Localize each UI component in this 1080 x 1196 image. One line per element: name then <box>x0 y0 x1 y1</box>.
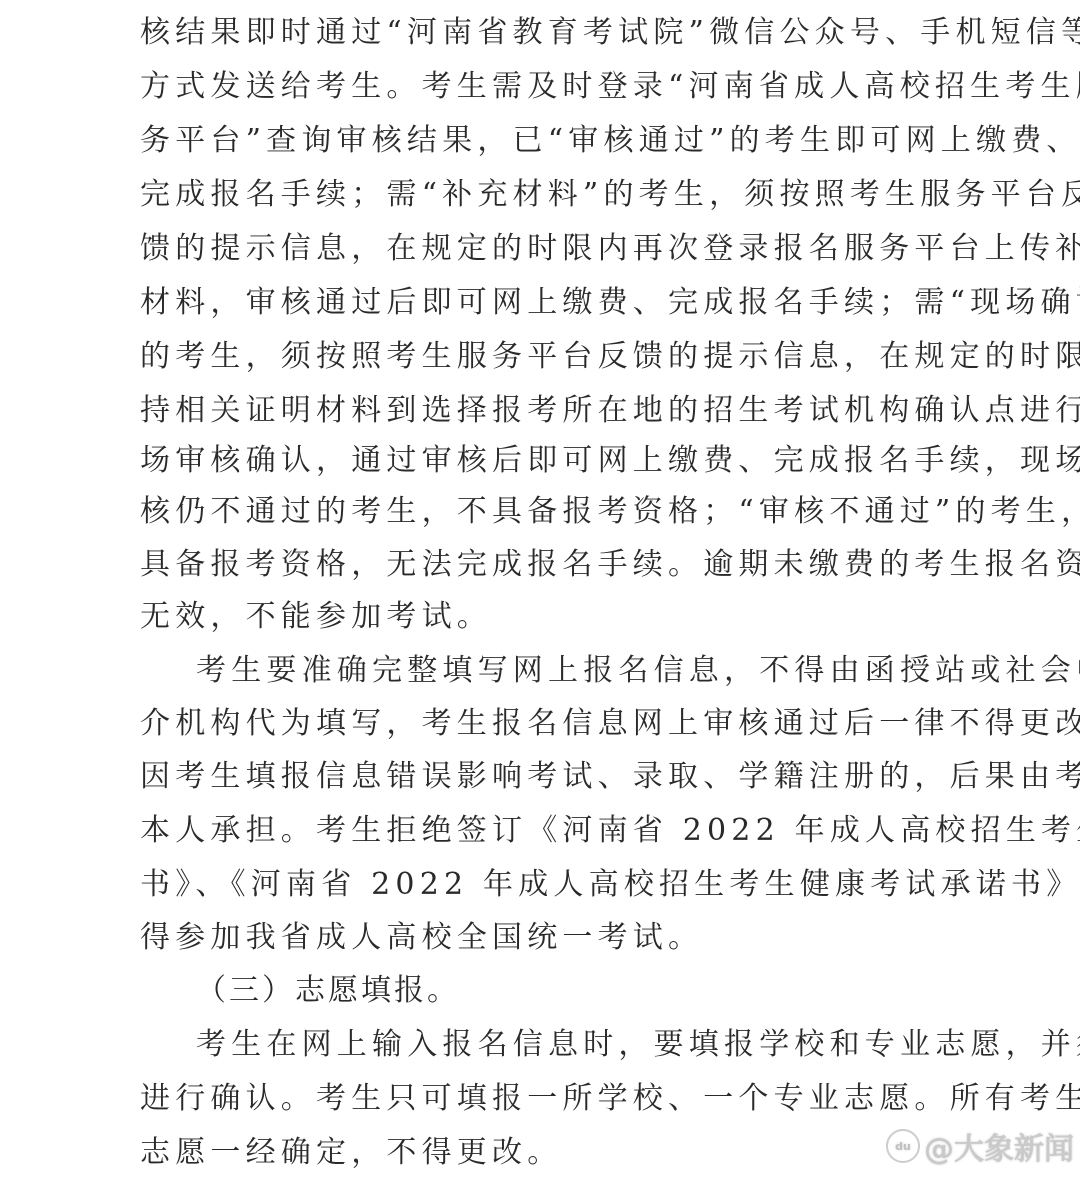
text-line: 因考生填报信息错误影响考试、录取、学籍注册的，后果由考生 <box>140 757 960 797</box>
document-page: 核结果即时通过“河南省教育考试院”微信公众号、手机短信等 方式发送给考生。考生需… <box>0 0 1080 1196</box>
text-line: 完成报名手续；需“补充材料”的考生，须按照考生服务平台反 <box>140 175 960 215</box>
text-line: 的考生，须按照考生服务平台反馈的提示信息，在规定的时限内 <box>140 337 960 377</box>
text-line: 介机构代为填写，考生报名信息网上审核通过后一律不得更改。 <box>140 704 960 744</box>
text-line: 方式发送给考生。考生需及时登录“河南省成人高校招生考生服 <box>140 67 960 107</box>
text-line: 持相关证明材料到选择报考所在地的招生考试机构确认点进行现 <box>140 391 960 431</box>
section-heading: （三）志愿填报。 <box>196 971 596 1011</box>
text-line: 务平台”查询审核结果，已“审核通过”的考生即可网上缴费、 <box>140 121 960 161</box>
text-line: 无效，不能参加考试。 <box>140 597 960 637</box>
paragraph-start-line: 考生要准确完整填写网上报名信息，不得由函授站或社会中 <box>196 651 960 691</box>
watermark-text: @大象新闻 <box>924 1124 1074 1168</box>
text-line: 馈的提示信息，在规定的时限内再次登录报名服务平台上传补充 <box>140 229 960 269</box>
text-line: 具备报考资格，无法完成报名手续。逾期未缴费的考生报名资格 <box>140 545 960 585</box>
text-line: 本人承担。考生拒绝签订《河南省 2022 年成人高校招生考生承诺 <box>140 811 960 851</box>
baidu-paw-icon: du <box>886 1129 920 1163</box>
text-line: 材料，审核通过后即可网上缴费、完成报名手续；需“现场确认” <box>140 283 960 323</box>
text-line: 核仍不通过的考生，不具备报考资格；“审核不通过”的考生，不 <box>140 492 960 532</box>
paragraph-start-line: 考生在网上输入报名信息时，要填报学校和专业志愿，并须 <box>196 1025 960 1065</box>
text-line: 进行确认。考生只可填报一所学校、一个专业志愿。所有考生的 <box>140 1079 960 1119</box>
text-line: 得参加我省成人高校全国统一考试。 <box>140 918 960 958</box>
source-watermark: du @大象新闻 <box>886 1124 1074 1168</box>
text-line: 场审核确认，通过审核后即可网上缴费、完成报名手续，现场审 <box>140 441 960 481</box>
text-line: 书》、《河南省 2022 年成人高校招生考生健康考试承诺书》的，不 <box>140 865 960 905</box>
text-line: 核结果即时通过“河南省教育考试院”微信公众号、手机短信等 <box>140 13 960 53</box>
text-line: 志愿一经确定，不得更改。 <box>140 1133 960 1173</box>
